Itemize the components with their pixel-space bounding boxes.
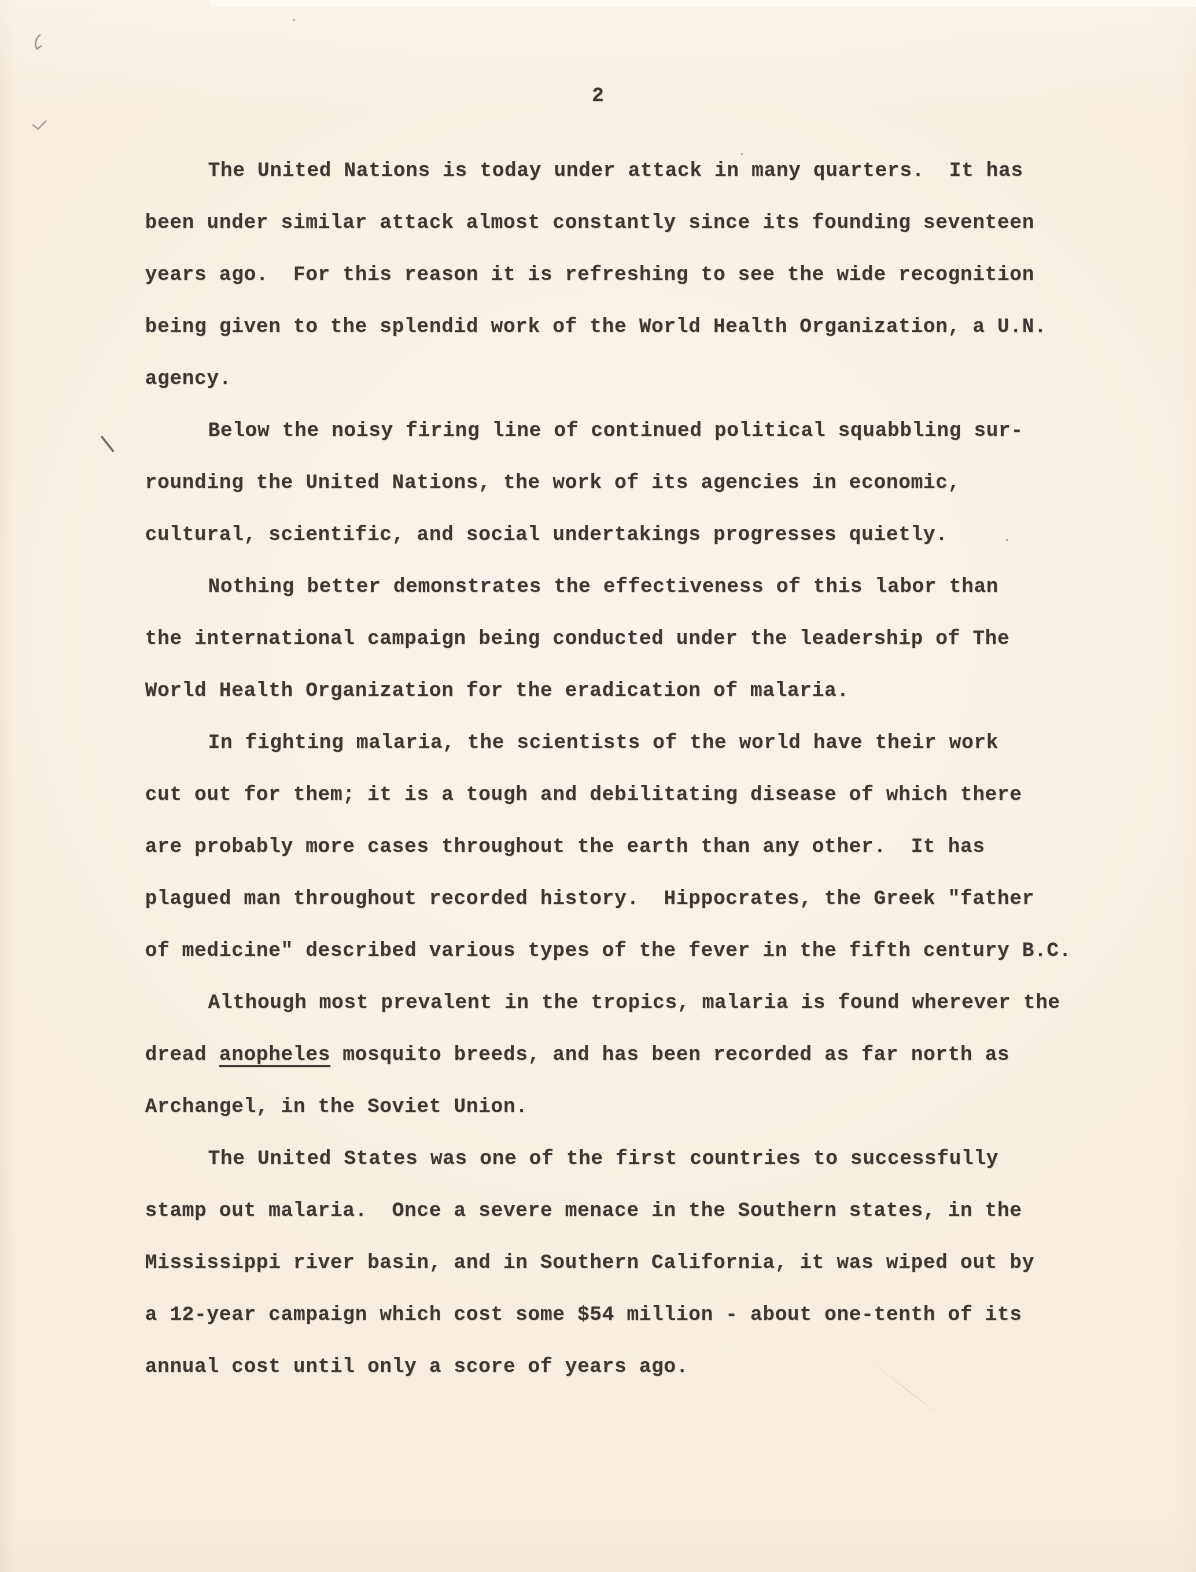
text-line: In fighting malaria, the scientists of t… — [145, 718, 1130, 770]
text-line: of medicine" described various types of … — [145, 926, 1130, 978]
text-line: The United States was one of the first c… — [145, 1134, 1130, 1186]
text-segment: a 12-year campaign which cost some $54 m… — [145, 1304, 1022, 1327]
text-segment: Nothing better demonstrates the effectiv… — [208, 576, 999, 599]
text-segment: stamp out malaria. Once a severe menace … — [145, 1200, 1022, 1223]
text-segment: mosquito breeds, and has been recorded a… — [330, 1044, 1009, 1067]
text-segment: years ago. For this reason it is refresh… — [145, 264, 1034, 287]
text-segment: dread — [145, 1044, 219, 1067]
text-line: are probably more cases throughout the e… — [145, 822, 1130, 874]
text-line: Although most prevalent in the tropics, … — [145, 978, 1130, 1030]
text-segment: In fighting malaria, the scientists of t… — [208, 732, 999, 755]
text-segment: cut out for them; it is a tough and debi… — [145, 784, 1022, 807]
text-line: plagued man throughout recorded history.… — [145, 874, 1130, 926]
text-line: dread anopheles mosquito breeds, and has… — [145, 1030, 1130, 1082]
text-line: a 12-year campaign which cost some $54 m… — [145, 1290, 1130, 1342]
scan-edge-strip — [210, 0, 1196, 7]
text-line: World Health Organization for the eradic… — [145, 666, 1130, 718]
text-line: agency. — [145, 354, 1130, 406]
text-segment: The United Nations is today under attack… — [208, 160, 1023, 183]
text-line: the international campaign being conduct… — [145, 614, 1130, 666]
text-line: rounding the United Nations, the work of… — [145, 458, 1130, 510]
underlined-term: anopheles — [219, 1044, 330, 1067]
text-segment: World Health Organization for the eradic… — [145, 680, 849, 703]
text-line: Archangel, in the Soviet Union. — [145, 1082, 1130, 1134]
text-line: years ago. For this reason it is refresh… — [145, 250, 1130, 302]
text-segment: agency. — [145, 368, 231, 391]
text-line: been under similar attack almost constan… — [145, 198, 1130, 250]
text-line: stamp out malaria. Once a severe menace … — [145, 1186, 1130, 1238]
document-text: The United Nations is today under attack… — [145, 146, 1130, 1394]
text-line: annual cost until only a score of years … — [145, 1342, 1130, 1394]
text-segment: the international campaign being conduct… — [145, 628, 1010, 651]
text-line: being given to the splendid work of the … — [145, 302, 1130, 354]
text-line: cut out for them; it is a tough and debi… — [145, 770, 1130, 822]
pencil-mark — [98, 434, 118, 456]
text-segment: are probably more cases throughout the e… — [145, 836, 985, 859]
pencil-mark — [28, 32, 48, 58]
text-segment: of medicine" described various types of … — [145, 940, 1071, 963]
text-segment: rounding the United Nations, the work of… — [145, 472, 960, 495]
text-segment: Archangel, in the Soviet Union. — [145, 1096, 528, 1119]
text-line: Nothing better demonstrates the effectiv… — [145, 562, 1130, 614]
text-line: Mississippi river basin, and in Southern… — [145, 1238, 1130, 1290]
text-segment: Although most prevalent in the tropics, … — [208, 992, 1060, 1015]
text-segment: being given to the splendid work of the … — [145, 316, 1047, 339]
text-line: Below the noisy firing line of continued… — [145, 406, 1130, 458]
text-line: cultural, scientific, and social underta… — [145, 510, 1130, 562]
ink-speck — [293, 19, 295, 21]
document-scan: 2 The United Nations is today under atta… — [0, 0, 1196, 1572]
text-segment: Mississippi river basin, and in Southern… — [145, 1252, 1034, 1275]
page-number: 2 — [0, 71, 1196, 123]
text-segment: Below the noisy firing line of continued… — [208, 420, 1023, 443]
text-line: The United Nations is today under attack… — [145, 146, 1130, 198]
text-segment: The United States was one of the first c… — [208, 1148, 999, 1171]
text-segment: been under similar attack almost constan… — [145, 212, 1034, 235]
text-segment: cultural, scientific, and social underta… — [145, 524, 948, 547]
text-segment: annual cost until only a score of years … — [145, 1356, 689, 1379]
text-segment: plagued man throughout recorded history.… — [145, 888, 1034, 911]
